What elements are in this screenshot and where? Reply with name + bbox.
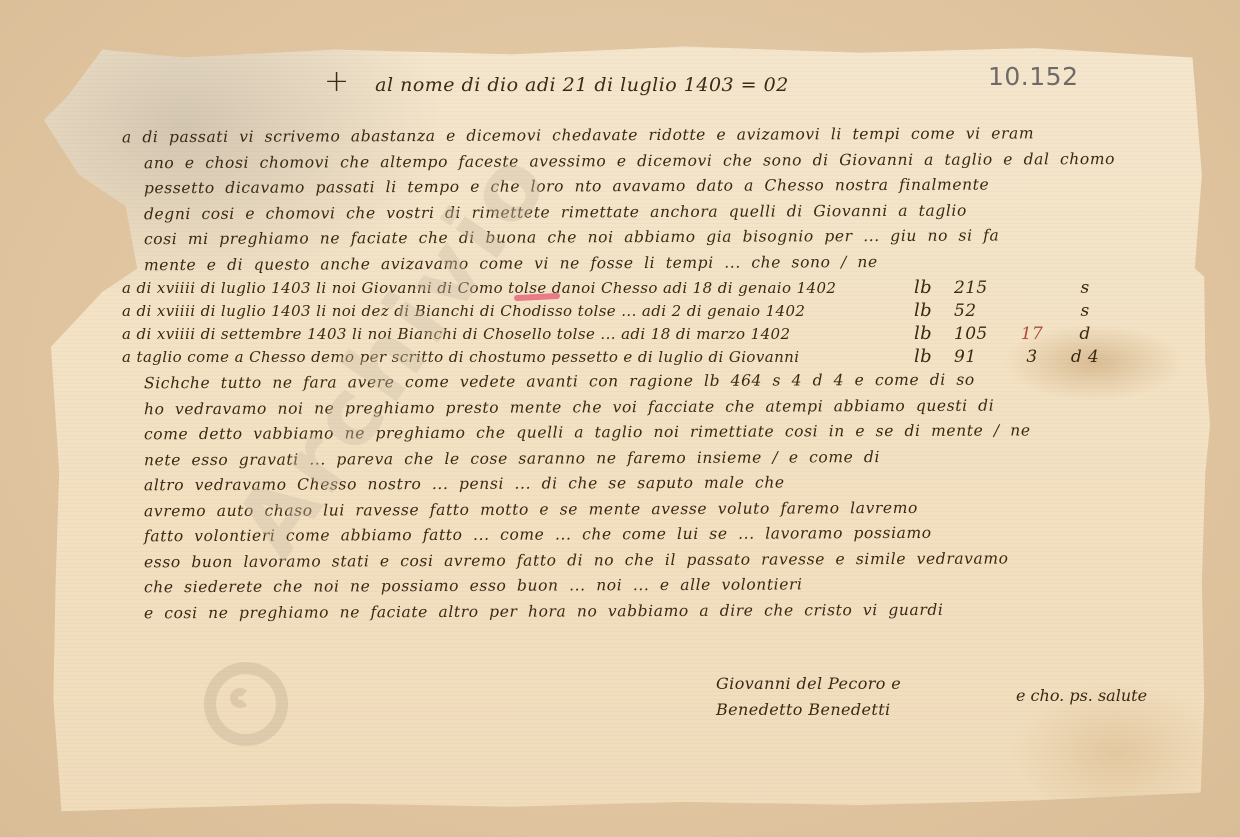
ledger-denari: d: [1060, 324, 1110, 344]
ledger-soldi: 3: [1004, 347, 1060, 367]
text-line: pessetto dicavamo passati li tempo e che…: [122, 175, 1182, 205]
text-line: cosi mi preghiamo ne faciate che di buon…: [122, 226, 1182, 256]
invocation-dateline: al nome di dio adi 21 di luglio 1403 = 0…: [375, 74, 789, 96]
archive-number: 10.152: [988, 62, 1078, 91]
ledger-row: a di xviiii di luglio 1403 li noi Giovan…: [122, 277, 1212, 300]
text-line: fatto volontieri come abbiamo fatto ... …: [122, 523, 1212, 553]
signature-greeting: e cho. ps. salute: [1016, 686, 1147, 705]
ledger-entries: a di xviiii di luglio 1403 li noi Giovan…: [122, 277, 1212, 369]
text-line: e cosi ne preghiamo ne faciate altro per…: [122, 599, 1212, 629]
lire-mark: lb: [892, 300, 954, 321]
ledger-row: a di xviiii di luglio 1403 li noi dez di…: [122, 300, 1212, 323]
copyright-icon: [204, 662, 288, 746]
text-line: altro vedravamo Chesso nostro ... pensi …: [122, 472, 1212, 502]
ledger-description: a di xviiii di luglio 1403 li noi dez di…: [122, 302, 892, 320]
text-line: Sichche tutto ne fara avere come vedete …: [122, 370, 1212, 400]
paper-sheet: + al nome di dio adi 21 di luglio 1403 =…: [44, 34, 1210, 816]
ledger-lire: 215: [954, 278, 1004, 298]
lire-mark: lb: [892, 323, 954, 344]
ledger-denari: s: [1060, 278, 1110, 298]
signature-name-2: Benedetto Benedetti: [716, 700, 901, 726]
ledger-denari: s: [1060, 301, 1110, 321]
closing-paragraph: Sichche tutto ne fara avere come vedete …: [122, 372, 1212, 627]
opening-paragraph: a di passati vi scrivemo abastanza e dic…: [122, 126, 1182, 279]
ledger-soldi-red: 17: [1004, 324, 1060, 344]
lire-mark: lb: [892, 277, 954, 298]
ledger-description: a di xviiii di settembre 1403 li noi Bia…: [122, 325, 892, 343]
cross-icon: +: [324, 64, 349, 99]
text-line: come detto vabbiamo ne preghiamo che que…: [122, 421, 1212, 451]
lire-mark: lb: [892, 346, 954, 367]
ledger-lire: 52: [954, 301, 1004, 321]
letter-header: + al nome di dio adi 21 di luglio 1403 =…: [324, 64, 789, 99]
ledger-row: a di xviiii di settembre 1403 li noi Bia…: [122, 323, 1212, 346]
signature-block: Giovanni del Pecoro e Benedetto Benedett…: [716, 674, 901, 726]
ledger-lire: 91: [954, 347, 1004, 367]
ledger-description: a taglio come a Chesso demo per scritto …: [122, 348, 892, 366]
ledger-row: a taglio come a Chesso demo per scritto …: [122, 346, 1212, 369]
ledger-denari: d 4: [1060, 347, 1110, 367]
text-line: a di passati vi scrivemo abastanza e dic…: [122, 124, 1182, 154]
ledger-description: a di xviiii di luglio 1403 li noi Giovan…: [122, 279, 892, 297]
text-line: che siederete che noi ne possiamo esso b…: [122, 574, 1212, 604]
ledger-lire: 105: [954, 324, 1004, 344]
signature-name-1: Giovanni del Pecoro e: [716, 674, 901, 700]
